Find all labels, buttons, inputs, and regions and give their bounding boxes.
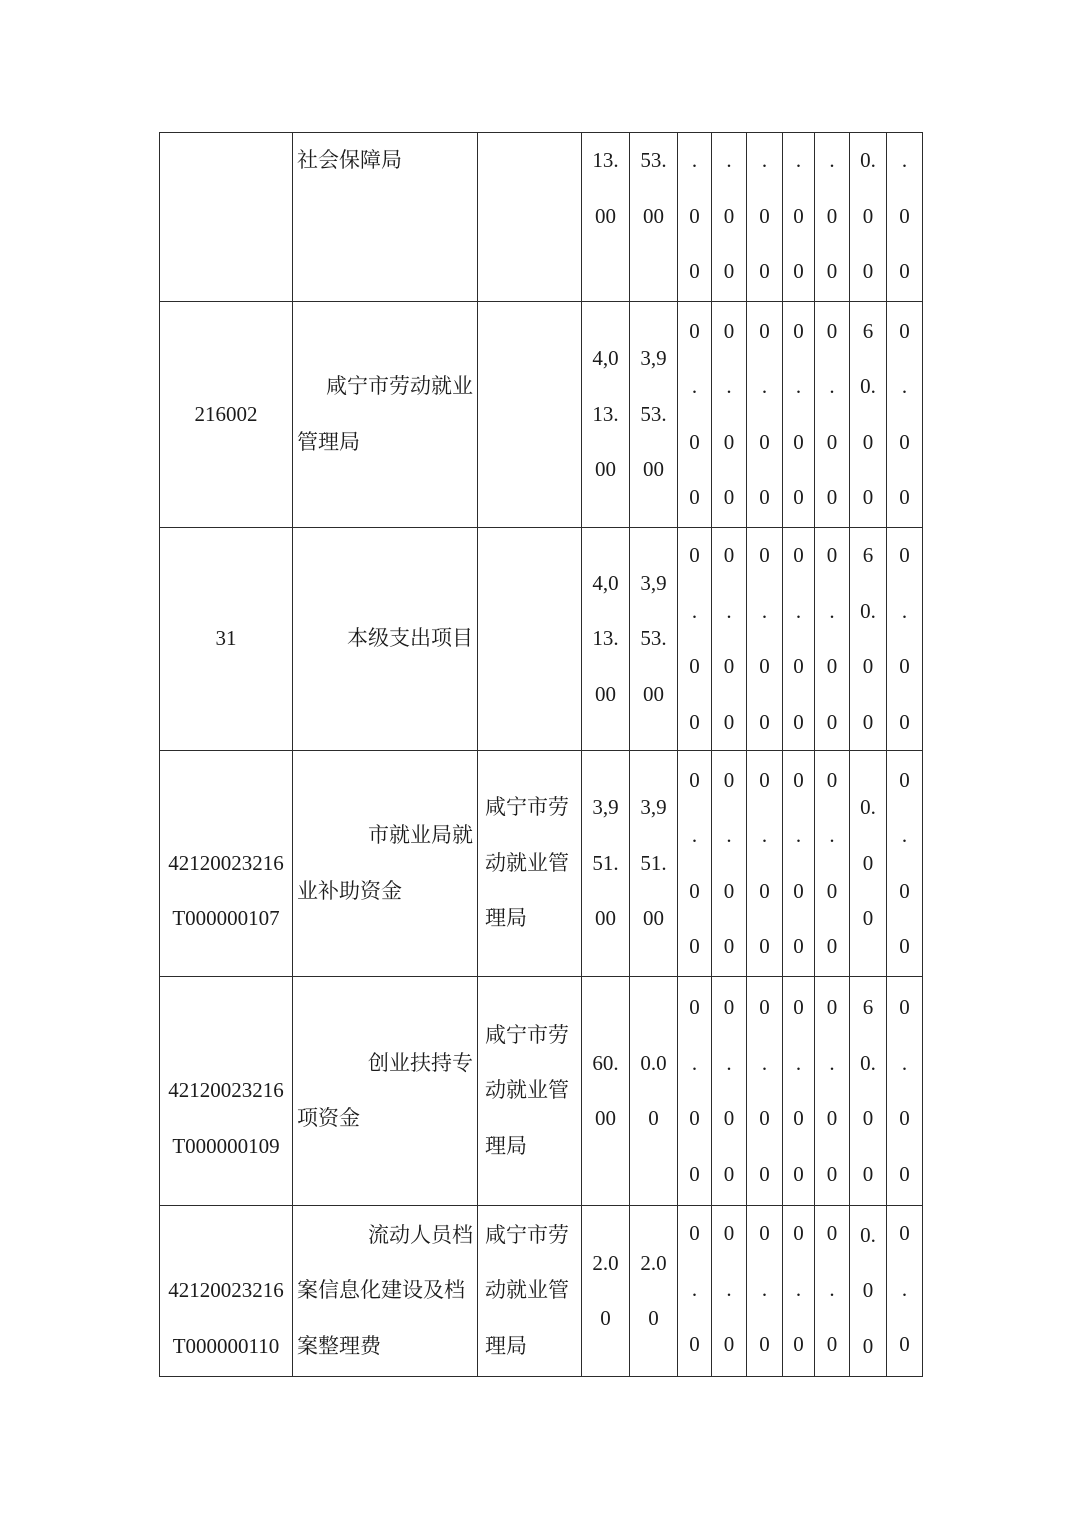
cell-line: 0 xyxy=(815,189,849,245)
cell-line: 60. xyxy=(582,1036,629,1092)
cell-line: 0. xyxy=(850,359,886,415)
cell-amt1: 4,013.00 xyxy=(582,528,630,751)
cell-line: 0 xyxy=(887,1147,922,1203)
cell-line: 0 xyxy=(678,695,711,751)
cell-line: 3,9 xyxy=(630,331,677,387)
cell-v1: .00 xyxy=(678,133,712,302)
cell-v7: 0.00 xyxy=(887,1206,923,1377)
cell-line: 13. xyxy=(582,387,629,443)
cell-code: 42120023216T000000110 xyxy=(160,1206,293,1377)
cell-line: 6 xyxy=(850,980,886,1036)
cell-v4: .00 xyxy=(783,133,815,302)
cell-line: 0.0 xyxy=(630,1036,677,1092)
cell-line: . xyxy=(678,584,711,640)
cell-line: 0 xyxy=(887,1373,922,1378)
cell-line: 0 xyxy=(815,1147,849,1203)
cell-line: 0 xyxy=(850,415,886,471)
cell-unit xyxy=(478,528,582,751)
cell-line: 0 xyxy=(783,470,814,526)
cell-unit xyxy=(478,133,582,302)
cell-line: 0 xyxy=(712,864,746,920)
cell-line: 0 xyxy=(783,1373,814,1378)
cell-v6: 0.00 xyxy=(850,133,887,302)
cell-line: 51. xyxy=(630,836,677,892)
cell-line: 0 xyxy=(747,189,782,245)
cell-line: 0 xyxy=(850,470,886,526)
cell-line: 0 xyxy=(815,1206,849,1262)
cell-line: 0 xyxy=(678,415,711,471)
cell-line: 0 xyxy=(815,244,849,300)
cell-line: 0 xyxy=(783,1147,814,1203)
cell-line: 0 xyxy=(850,1263,886,1319)
cell-line: 理局 xyxy=(485,891,579,947)
cell-name: 流动人员档案信息化建设及档案整理费 xyxy=(293,1206,478,1377)
cell-line: . xyxy=(712,1262,746,1318)
cell-line: 13. xyxy=(582,133,629,189)
cell-name: 创业扶持专项资金 xyxy=(293,977,478,1206)
cell-line: 0 xyxy=(712,919,746,975)
cell-line: 0 xyxy=(815,1317,849,1373)
cell-line: 动就业管 xyxy=(485,1263,579,1319)
cell-line: . xyxy=(887,133,922,189)
cell-line: 00 xyxy=(630,667,677,723)
cell-amt2: 0.00 xyxy=(630,977,678,1206)
document-page: 社会保障局13.0053.00.00.00.00.00.000.00.00216… xyxy=(0,0,1074,1520)
cell-code: 42120023216T000000109 xyxy=(160,977,293,1206)
cell-line: 0 xyxy=(747,470,782,526)
cell-line: 0 xyxy=(815,470,849,526)
cell-line: 31 xyxy=(162,611,290,667)
cell-line: 0 xyxy=(783,1206,814,1262)
cell-line: 0 xyxy=(678,470,711,526)
cell-line: 0 xyxy=(712,980,746,1036)
cell-line: 0 xyxy=(815,695,849,751)
cell-line: 0 xyxy=(783,189,814,245)
cell-amt1: 3,951.00 xyxy=(582,751,630,977)
cell-line: . xyxy=(887,808,922,864)
cell-v7: 0.00 xyxy=(887,751,923,977)
cell-line: 0 xyxy=(747,695,782,751)
cell-line: 0 xyxy=(815,528,849,584)
cell-line: 0 xyxy=(678,639,711,695)
cell-v6: 60.00 xyxy=(850,528,887,751)
cell-v6: 0.00 xyxy=(850,1206,887,1377)
cell-unit xyxy=(478,302,582,528)
cell-line xyxy=(162,1008,290,1064)
cell-line: 53. xyxy=(630,611,677,667)
cell-line: 4,0 xyxy=(582,556,629,612)
cell-name: 咸宁市劳动就业管理局 xyxy=(293,302,478,528)
cell-line: 咸宁市劳 xyxy=(485,1008,579,1064)
cell-line: . xyxy=(783,359,814,415)
cell-line: 0 xyxy=(887,189,922,245)
cell-line: 项资金 xyxy=(297,1091,473,1147)
cell-line: . xyxy=(678,1262,711,1318)
cell-line: . xyxy=(887,1262,922,1318)
cell-line: 理局 xyxy=(485,1119,579,1175)
cell-line: 00 xyxy=(582,189,629,245)
cell-line: 0 xyxy=(747,919,782,975)
cell-line: 0 xyxy=(783,1317,814,1373)
cell-line: 0 xyxy=(887,1206,922,1262)
cell-line: 0 xyxy=(783,753,814,809)
cell-line: 0 xyxy=(887,753,922,809)
cell-line: 0. xyxy=(850,780,886,836)
cell-line: 0 xyxy=(712,304,746,360)
cell-line: . xyxy=(747,1262,782,1318)
cell-line: 0 xyxy=(887,304,922,360)
cell-line: . xyxy=(747,133,782,189)
cell-line: 动就业管 xyxy=(485,1063,579,1119)
cell-line: 0 xyxy=(783,415,814,471)
cell-line: 00 xyxy=(582,1091,629,1147)
cell-v7: 0.00 xyxy=(887,528,923,751)
cell-line: T000000107 xyxy=(162,891,290,947)
cell-code: 216002 xyxy=(160,302,293,528)
cell-v1: 0.00 xyxy=(678,977,712,1206)
cell-line: . xyxy=(747,584,782,640)
cell-line: 00 xyxy=(630,189,677,245)
cell-unit: 咸宁市劳动就业管理局 xyxy=(478,977,582,1206)
cell-line: 0 xyxy=(747,864,782,920)
cell-v6: 60.00 xyxy=(850,302,887,528)
cell-line: 0 xyxy=(850,1147,886,1203)
cell-amt2: 3,953.00 xyxy=(630,302,678,528)
cell-line: 53. xyxy=(630,133,677,189)
cell-name: 本级支出项目 xyxy=(293,528,478,751)
cell-line: 0. xyxy=(850,1208,886,1264)
cell-line: T000000109 xyxy=(162,1119,290,1175)
cell-v2: 0.00 xyxy=(712,528,747,751)
cell-line: 0 xyxy=(887,1317,922,1373)
cell-line: 流动人员档 xyxy=(297,1208,473,1264)
cell-line: 0 xyxy=(887,980,922,1036)
cell-v3: .00 xyxy=(747,133,783,302)
cell-line: 0. xyxy=(850,133,886,189)
cell-line: 0 xyxy=(783,980,814,1036)
cell-line: 案信息化建设及档 xyxy=(297,1263,473,1319)
cell-line: 0 xyxy=(712,189,746,245)
cell-line: . xyxy=(747,808,782,864)
cell-line: 0. xyxy=(850,584,886,640)
cell-line: 0 xyxy=(815,415,849,471)
cell-line: 0 xyxy=(815,1373,849,1378)
cell-line: . xyxy=(783,1036,814,1092)
cell-line: 6 xyxy=(850,528,886,584)
cell-line: 0 xyxy=(747,244,782,300)
cell-line: 0 xyxy=(850,836,886,892)
cell-line: . xyxy=(678,808,711,864)
cell-v5: .00 xyxy=(815,133,850,302)
cell-line: 0 xyxy=(630,1291,677,1347)
cell-line: 0 xyxy=(678,528,711,584)
cell-line: 0 xyxy=(783,864,814,920)
cell-line: 0 xyxy=(887,244,922,300)
cell-code: 31 xyxy=(160,528,293,751)
cell-line: 0 xyxy=(815,639,849,695)
cell-line: 0 xyxy=(887,919,922,975)
cell-line: 0 xyxy=(678,244,711,300)
cell-v4: 0.00 xyxy=(783,528,815,751)
cell-code: 42120023216T000000107 xyxy=(160,751,293,977)
cell-amt2: 3,953.00 xyxy=(630,528,678,751)
cell-v3: 0.00 xyxy=(747,528,783,751)
cell-line: 案整理费 xyxy=(297,1319,473,1375)
cell-line: 0 xyxy=(678,1317,711,1373)
cell-line: 0 xyxy=(712,528,746,584)
cell-line: 0 xyxy=(678,753,711,809)
cell-line: 0 xyxy=(747,1147,782,1203)
cell-name: 市就业局就业补助资金 xyxy=(293,751,478,977)
cell-line: 0 xyxy=(815,980,849,1036)
cell-line: 0 xyxy=(712,1147,746,1203)
cell-v4: 0.00 xyxy=(783,751,815,977)
cell-line: 00 xyxy=(582,442,629,498)
cell-line: 6 xyxy=(850,304,886,360)
cell-line: . xyxy=(815,133,849,189)
cell-line: 0 xyxy=(815,864,849,920)
cell-amt2: 3,951.00 xyxy=(630,751,678,977)
cell-line: 0 xyxy=(850,1319,886,1375)
cell-line xyxy=(162,780,290,836)
cell-amt2: 53.00 xyxy=(630,133,678,302)
cell-line: 0 xyxy=(712,415,746,471)
cell-line: 0 xyxy=(783,244,814,300)
cell-line: 0 xyxy=(815,304,849,360)
cell-line: 0 xyxy=(630,1091,677,1147)
cell-line: 00 xyxy=(630,891,677,947)
cell-v1: 0.00 xyxy=(678,302,712,528)
cell-line: 0. xyxy=(850,1036,886,1092)
cell-line: 0 xyxy=(678,864,711,920)
cell-line: . xyxy=(783,133,814,189)
cell-line: 0 xyxy=(712,1317,746,1373)
cell-line: . xyxy=(783,584,814,640)
cell-line: 0 xyxy=(678,304,711,360)
cell-v2: .00 xyxy=(712,133,747,302)
cell-line: 0 xyxy=(747,1317,782,1373)
cell-line: 市就业局就 xyxy=(297,808,473,864)
cell-line: 0 xyxy=(850,639,886,695)
cell-line: 0 xyxy=(887,415,922,471)
cell-line: 0 xyxy=(783,304,814,360)
cell-line: 00 xyxy=(582,891,629,947)
cell-line: 0 xyxy=(747,528,782,584)
cell-line: 0 xyxy=(712,753,746,809)
cell-v5: 0.00 xyxy=(815,751,850,977)
cell-line: T000000110 xyxy=(162,1319,290,1375)
cell-line: 0 xyxy=(887,864,922,920)
cell-line: 本级支出项目 xyxy=(297,611,473,667)
cell-line: 0 xyxy=(678,1091,711,1147)
cell-line: . xyxy=(887,1036,922,1092)
cell-line: 0 xyxy=(678,189,711,245)
cell-line: 0 xyxy=(712,470,746,526)
cell-line: . xyxy=(712,808,746,864)
cell-line: 53. xyxy=(630,387,677,443)
cell-line: . xyxy=(678,359,711,415)
cell-v6: 0.00 xyxy=(850,751,887,977)
cell-v5: 0.00 xyxy=(815,1206,850,1377)
cell-v3: 0.00 xyxy=(747,977,783,1206)
cell-line: 2.0 xyxy=(582,1236,629,1292)
cell-line: . xyxy=(815,359,849,415)
cell-line: . xyxy=(783,1262,814,1318)
cell-v7: .00 xyxy=(887,133,923,302)
cell-amt2: 2.00 xyxy=(630,1206,678,1377)
cell-v2: 0.00 xyxy=(712,751,747,977)
cell-line: 管理局 xyxy=(297,415,473,471)
cell-line: 0 xyxy=(815,753,849,809)
cell-line: 0 xyxy=(850,244,886,300)
cell-line: 0 xyxy=(747,1206,782,1262)
cell-line: 0 xyxy=(678,1206,711,1262)
cell-line: 0 xyxy=(783,639,814,695)
cell-line: 咸宁市劳 xyxy=(485,780,579,836)
cell-line: 0 xyxy=(712,244,746,300)
cell-line: 4,0 xyxy=(582,331,629,387)
cell-line: 理局 xyxy=(485,1319,579,1375)
cell-line: 咸宁市劳动就业 xyxy=(297,359,473,415)
cell-line: 0 xyxy=(678,919,711,975)
cell-line: 0 xyxy=(712,695,746,751)
cell-line: 0 xyxy=(850,1091,886,1147)
cell-line: 0 xyxy=(712,1373,746,1378)
cell-line xyxy=(162,1208,290,1264)
cell-line: . xyxy=(887,584,922,640)
budget-table: 社会保障局13.0053.00.00.00.00.00.000.00.00216… xyxy=(159,132,923,1377)
cell-line: . xyxy=(712,359,746,415)
cell-line: 0 xyxy=(747,1373,782,1378)
cell-line: 0 xyxy=(747,304,782,360)
cell-line: 0 xyxy=(678,980,711,1036)
cell-line: 0 xyxy=(783,1091,814,1147)
cell-line: 0 xyxy=(712,1091,746,1147)
cell-line: . xyxy=(815,1036,849,1092)
cell-line: 51. xyxy=(582,836,629,892)
cell-v2: 0.00 xyxy=(712,302,747,528)
cell-line: 00 xyxy=(630,442,677,498)
cell-line: 0 xyxy=(747,753,782,809)
cell-line: 0 xyxy=(747,415,782,471)
cell-line: . xyxy=(815,1262,849,1318)
cell-line: 3,9 xyxy=(630,780,677,836)
cell-amt1: 4,013.00 xyxy=(582,302,630,528)
cell-code xyxy=(160,133,293,302)
cell-line: 0 xyxy=(678,1147,711,1203)
cell-line: 0 xyxy=(887,470,922,526)
cell-amt1: 2.00 xyxy=(582,1206,630,1377)
cell-amt1: 60.00 xyxy=(582,977,630,1206)
cell-v5: 0.00 xyxy=(815,977,850,1206)
cell-line: 0 xyxy=(850,189,886,245)
cell-line: 0 xyxy=(747,980,782,1036)
cell-line: 动就业管 xyxy=(485,836,579,892)
cell-line: 0 xyxy=(747,1091,782,1147)
cell-line: . xyxy=(815,808,849,864)
cell-line: . xyxy=(678,1036,711,1092)
cell-line: 0 xyxy=(887,528,922,584)
cell-line: . xyxy=(747,359,782,415)
cell-line: 0 xyxy=(678,1373,711,1378)
cell-v1: 0.00 xyxy=(678,1206,712,1377)
cell-line: 社会保障局 xyxy=(297,133,473,189)
cell-v3: 0.00 xyxy=(747,302,783,528)
cell-line: 2.0 xyxy=(630,1236,677,1292)
cell-line: 00 xyxy=(582,667,629,723)
cell-v6: 60.00 xyxy=(850,977,887,1206)
cell-v5: 0.00 xyxy=(815,302,850,528)
cell-line: 0 xyxy=(783,919,814,975)
cell-line: . xyxy=(712,1036,746,1092)
cell-line: . xyxy=(747,1036,782,1092)
cell-v4: 0.00 xyxy=(783,302,815,528)
cell-line: 0 xyxy=(850,891,886,947)
cell-v4: 0.00 xyxy=(783,1206,815,1377)
cell-line: 42120023216 xyxy=(162,836,290,892)
cell-v7: 0.00 xyxy=(887,302,923,528)
cell-v3: 0.00 xyxy=(747,1206,783,1377)
cell-line: 0 xyxy=(887,695,922,751)
cell-line: 13. xyxy=(582,611,629,667)
cell-v5: 0.00 xyxy=(815,528,850,751)
cell-line: 咸宁市劳 xyxy=(485,1208,579,1264)
cell-line: 0 xyxy=(815,1091,849,1147)
cell-line: 3,9 xyxy=(582,780,629,836)
cell-v1: 0.00 xyxy=(678,528,712,751)
cell-line: 3,9 xyxy=(630,556,677,612)
cell-line: . xyxy=(815,584,849,640)
cell-line: 创业扶持专 xyxy=(297,1036,473,1092)
cell-line: . xyxy=(678,133,711,189)
cell-line: 业补助资金 xyxy=(297,864,473,920)
cell-line: 0 xyxy=(712,1206,746,1262)
cell-line: 0 xyxy=(887,639,922,695)
cell-line: . xyxy=(783,808,814,864)
cell-v2: 0.00 xyxy=(712,1206,747,1377)
cell-line: 42120023216 xyxy=(162,1063,290,1119)
cell-unit: 咸宁市劳动就业管理局 xyxy=(478,751,582,977)
cell-v2: 0.00 xyxy=(712,977,747,1206)
cell-line: 216002 xyxy=(162,387,290,443)
cell-line: 0 xyxy=(887,1091,922,1147)
cell-unit: 咸宁市劳动就业管理局 xyxy=(478,1206,582,1377)
cell-v7: 0.00 xyxy=(887,977,923,1206)
cell-line: . xyxy=(887,359,922,415)
cell-line: 42120023216 xyxy=(162,1263,290,1319)
cell-v4: 0.00 xyxy=(783,977,815,1206)
cell-line: 0 xyxy=(582,1291,629,1347)
cell-line: . xyxy=(712,133,746,189)
cell-line: 0 xyxy=(712,639,746,695)
cell-line: 0 xyxy=(747,639,782,695)
cell-amt1: 13.00 xyxy=(582,133,630,302)
cell-line: . xyxy=(712,584,746,640)
cell-v1: 0.00 xyxy=(678,751,712,977)
cell-v3: 0.00 xyxy=(747,751,783,977)
cell-line: 0 xyxy=(783,695,814,751)
cell-line: 0 xyxy=(783,528,814,584)
cell-line: 0 xyxy=(815,919,849,975)
cell-name: 社会保障局 xyxy=(293,133,478,302)
cell-line: 0 xyxy=(850,695,886,751)
